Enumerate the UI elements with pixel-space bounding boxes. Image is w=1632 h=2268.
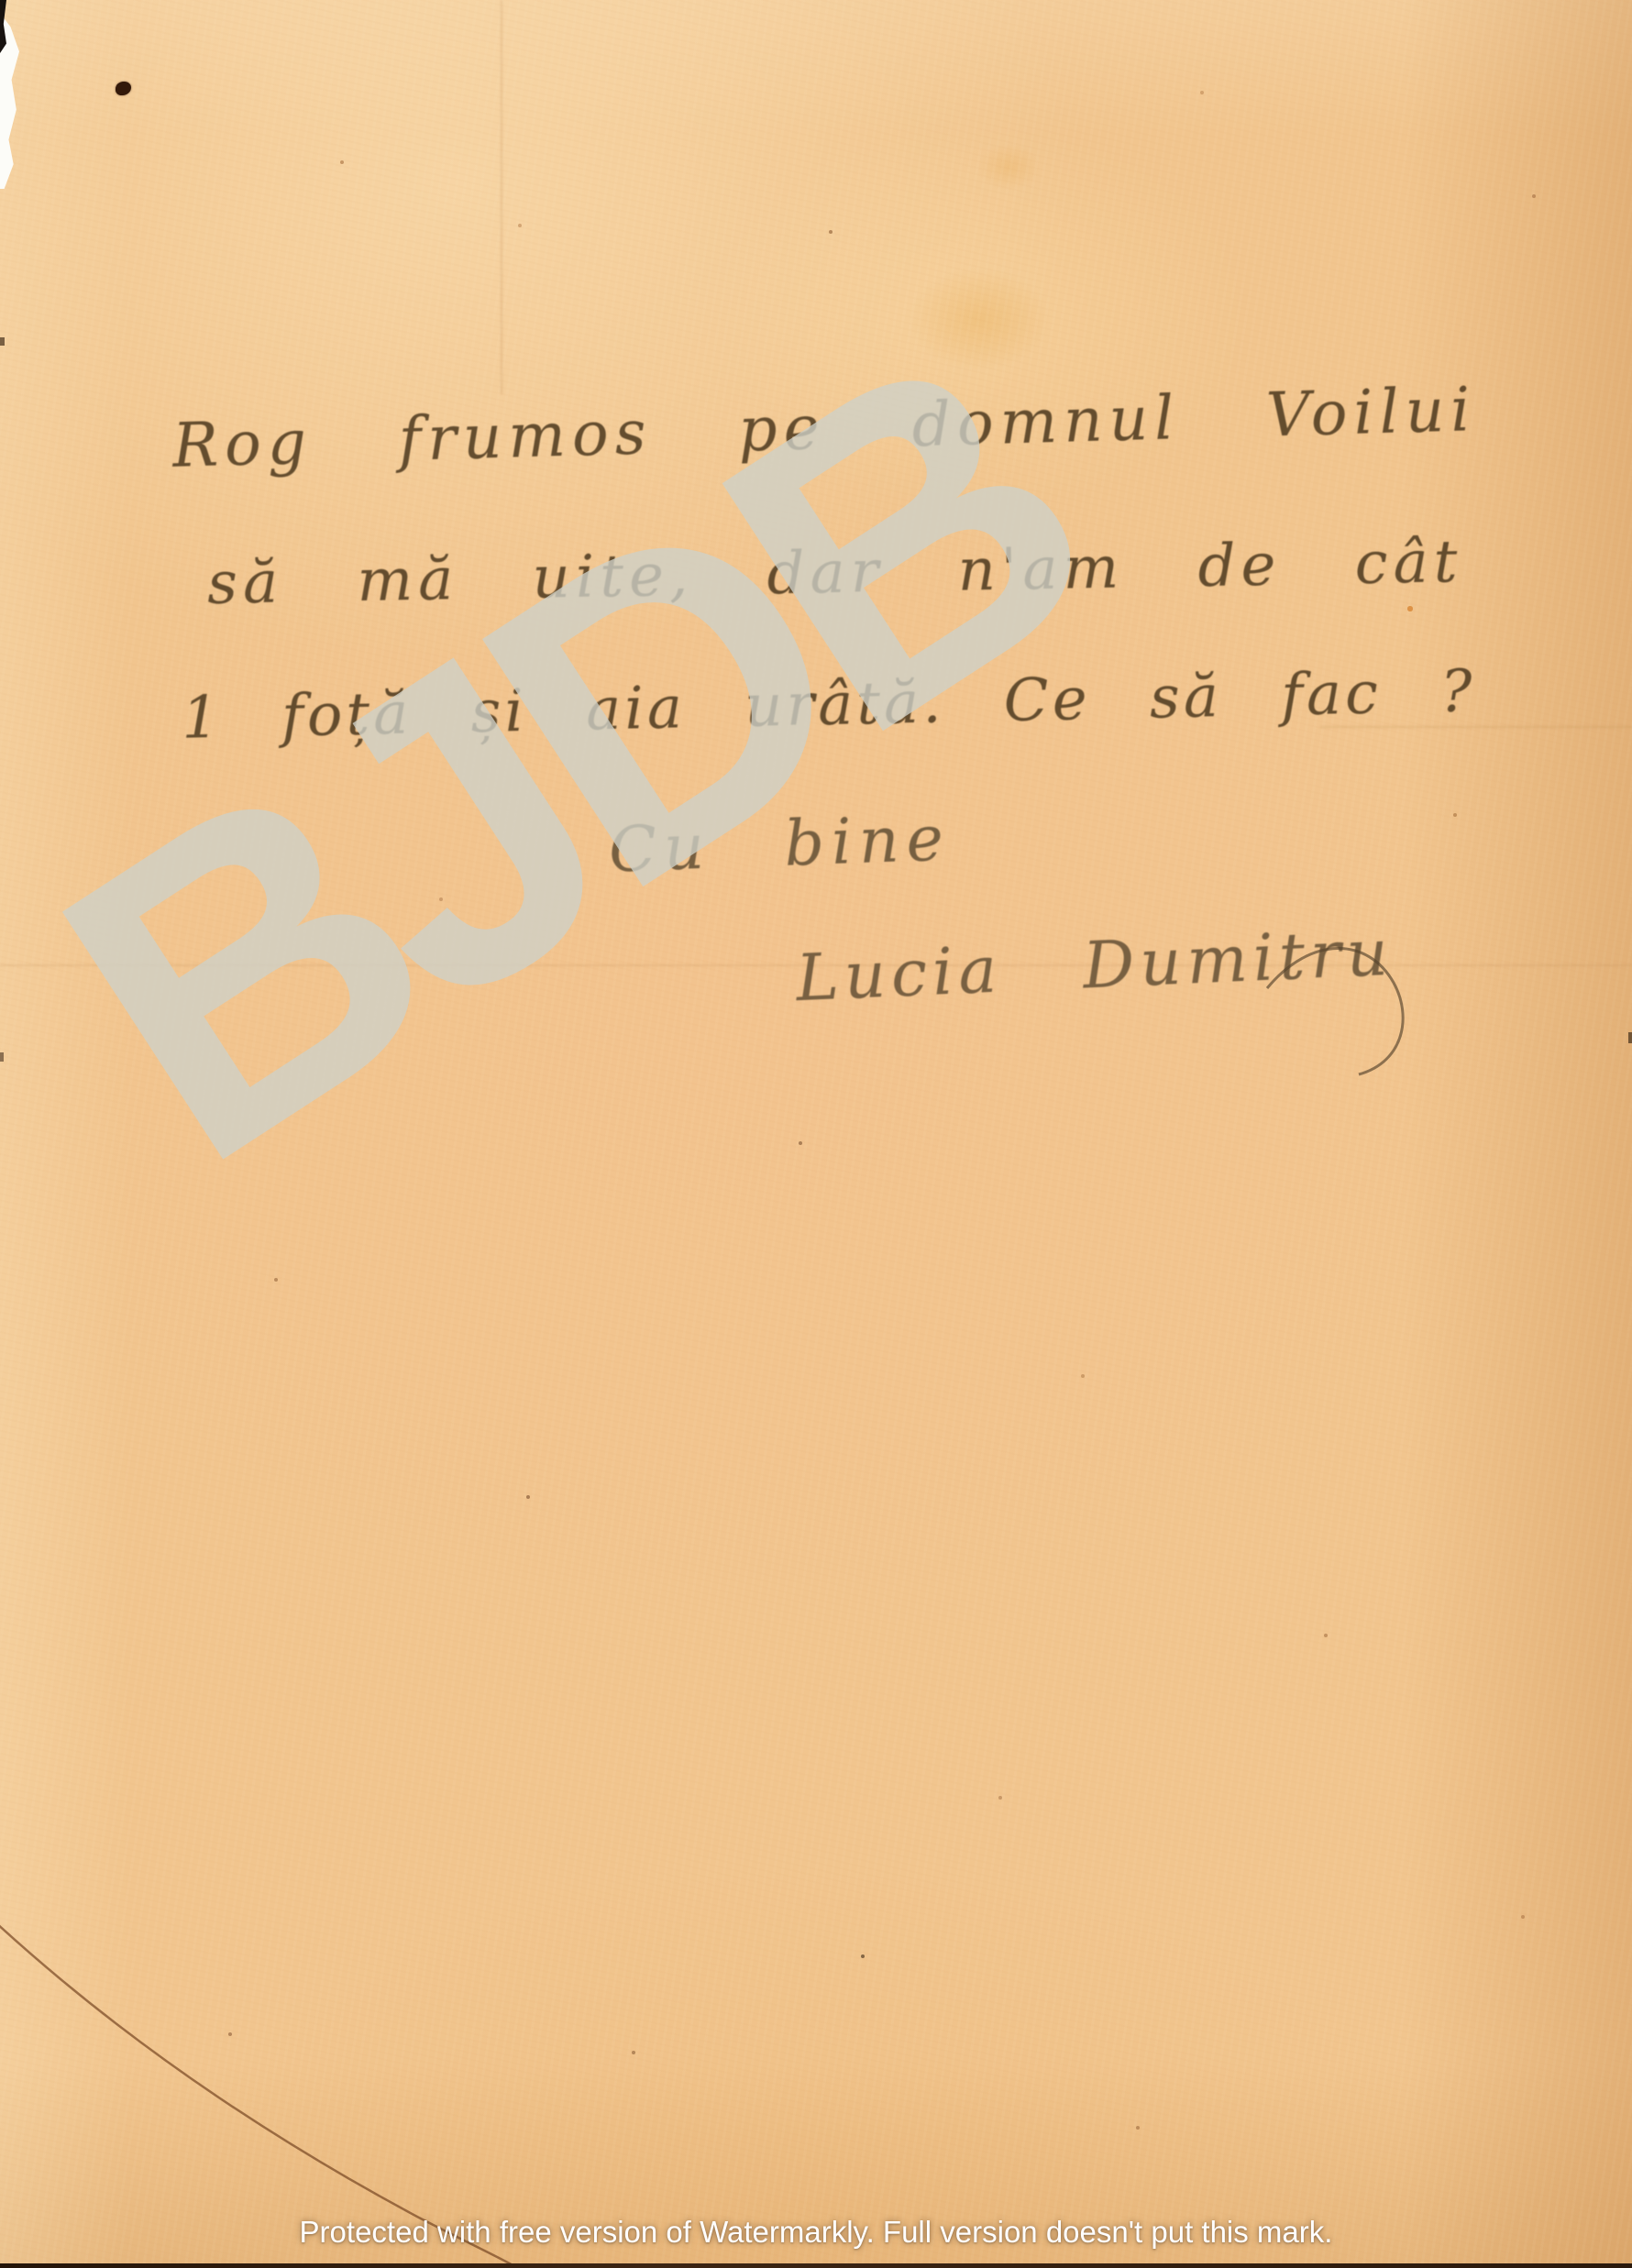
scanned-letter-page: Rog frumos pe domnul Voilui să mă uite, … xyxy=(0,0,1632,2268)
right-edge-notch xyxy=(1628,1032,1632,1043)
bjdb-watermark: BJDB xyxy=(0,219,1236,1299)
scan-bottom-edge xyxy=(0,2263,1632,2268)
watermarkly-notice: Protected with free version of Watermark… xyxy=(0,2215,1632,2250)
left-edge-notch xyxy=(0,337,5,346)
vertical-fold-crease xyxy=(501,0,502,394)
signature: Lucia Dumitru xyxy=(795,915,1395,1016)
ink-blot xyxy=(116,82,131,95)
